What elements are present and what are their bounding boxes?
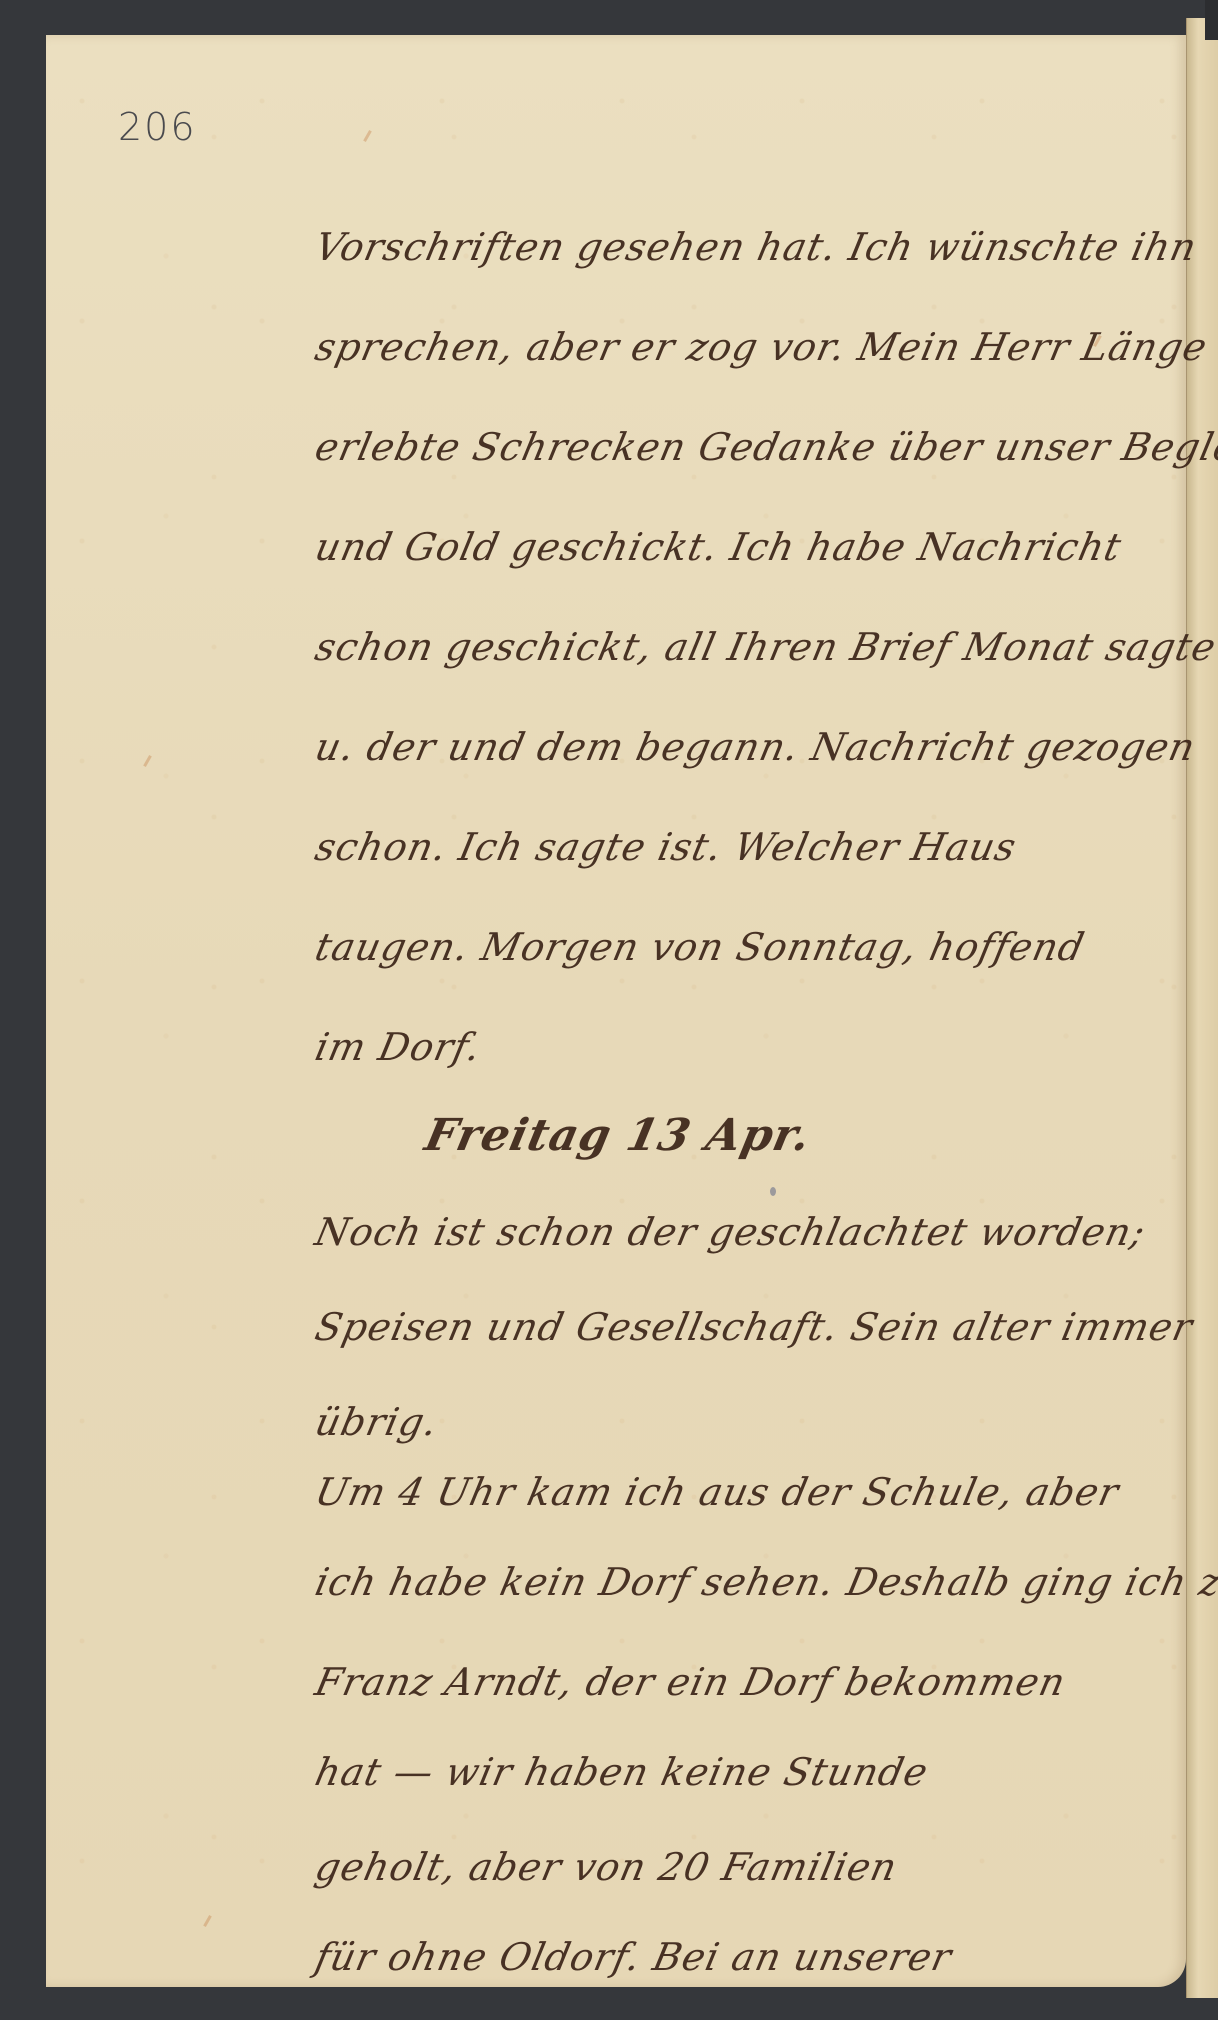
paper-fleck [363,130,372,142]
text-line: und Gold geschickt. Ich habe Nachricht [311,525,1125,569]
text-line: sprechen, aber er zog vor. Mein Herr Län… [311,325,1211,369]
text-line: schon. Ich sagte ist. Welcher Haus [311,825,1020,869]
text-line: u. der und dem begann. Nachricht gezogen [311,725,1199,769]
binding-shadow [1205,0,1218,40]
text-line: übrig. [311,1400,442,1444]
manuscript-page: 206 Vorschriften gesehen hat. Ich wünsch… [46,35,1186,1987]
text-line: im Dorf. [311,1025,485,1069]
text-line: Noch ist schon der geschlachtet worden; [311,1210,1149,1254]
text-line: für ohne Oldorf. Bei an unserer [311,1935,956,1979]
text-line: geholt, aber von 20 Familien [311,1845,901,1889]
text-line: Franz Arndt, der ein Dorf bekommen [311,1660,1070,1704]
text-line: Um 4 Uhr kam ich aus der Schule, aber [311,1470,1123,1514]
page-number: 206 [118,105,197,149]
text-line: Speisen und Gesellschaft. Sein alter imm… [311,1305,1197,1349]
paper-fleck [143,755,152,767]
text-line: taugen. Morgen von Sonntag, hoffend [311,925,1088,969]
date-heading: Freitag 13 Apr. [421,1110,816,1161]
text-line: schon geschickt, all Ihren Brief Monat s… [311,625,1218,669]
ink-blot [770,1187,776,1196]
text-line: hat — wir haben keine Stunde [311,1750,932,1794]
next-page-edge [1186,18,1218,1998]
text-line: Vorschriften gesehen hat. Ich wünschte i… [311,225,1201,269]
manuscript-scan: 206 Vorschriften gesehen hat. Ich wünsch… [0,0,1218,2020]
paper-fleck [203,1915,212,1927]
text-line: ich habe kein Dorf sehen. Deshalb ging i… [311,1560,1218,1604]
text-line: erlebte Schrecken Gedanke über unser Beg… [311,425,1218,469]
